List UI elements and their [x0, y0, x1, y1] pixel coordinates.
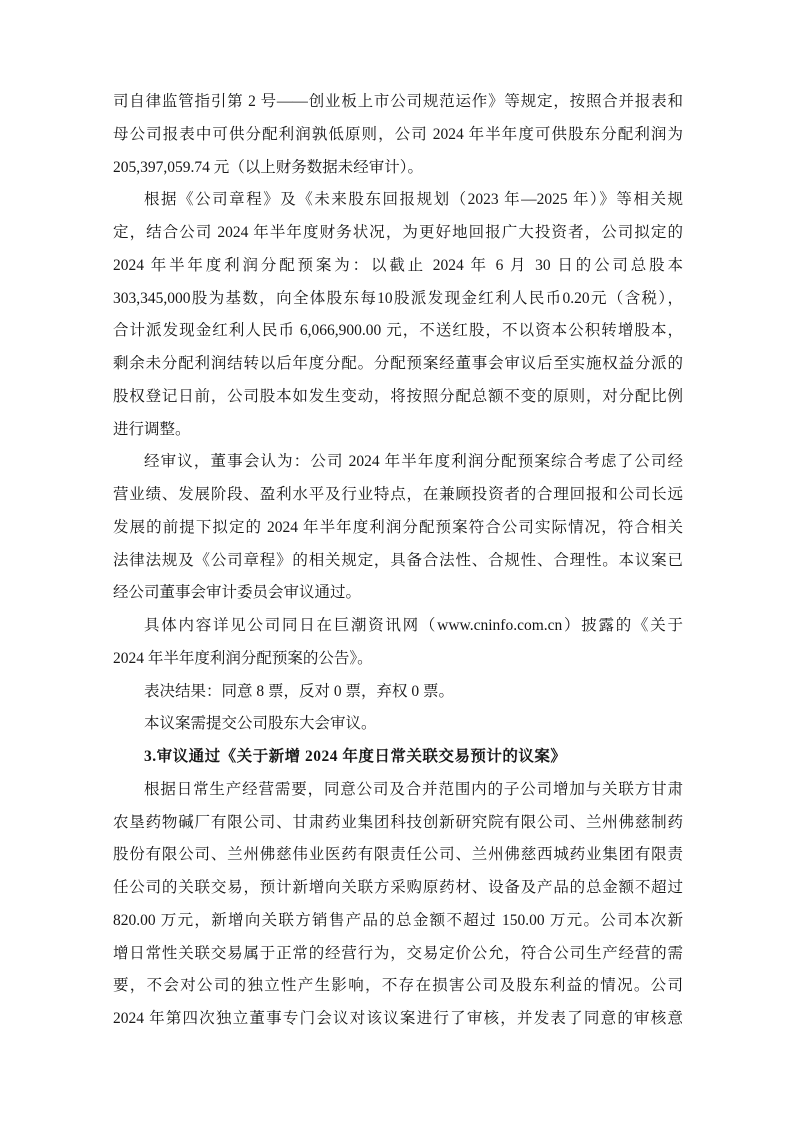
- paragraph-board-opinion: 经审议，董事会认为：公司 2024 年半年度利润分配预案综合考虑了公司经 营业绩…: [113, 446, 683, 610]
- text-line: 205,397,059.74 元（以上财务数据未经审计）。: [113, 152, 683, 185]
- text-line: 司自律监管指引第 2 号——创业板上市公司规范运作》等规定，按照合并报表和: [113, 86, 683, 119]
- paragraph-related-transactions: 根据日常生产经营需要，同意公司及合并范围内的子公司增加与关联方甘肃 农垦药物碱厂…: [113, 774, 683, 1036]
- heading-text-line: 3.审议通过《关于新增 2024 年度日常关联交易预计的议案》: [113, 741, 683, 774]
- text-line: 要，不会对公司的独立性产生影响，不存在损害公司及股东利益的情况。公司: [113, 970, 683, 1003]
- text-line: 剩余未分配利润结转以后年度分配。分配预案经董事会审议后至实施权益分派的: [113, 348, 683, 381]
- paragraph-profit-available: 司自律监管指引第 2 号——创业板上市公司规范运作》等规定，按照合并报表和 母公…: [113, 86, 683, 184]
- text-line: 增日常性关联交易属于正常的经营行为，交易定价公允，符合公司生产经营的需: [113, 938, 683, 971]
- paragraph-distribution-plan: 根据《公司章程》及《未来股东回报规划（2023 年—2025 年）》等相关规 定…: [113, 184, 683, 446]
- text-line: 任公司的关联交易，预计新增向关联方采购原药材、设备及产品的总金额不超过: [113, 872, 683, 905]
- paragraph-disclosure-reference: 具体内容详见公司同日在巨潮资讯网（www.cninfo.com.cn）披露的《关…: [113, 610, 683, 676]
- paragraph-shareholder-meeting-note: 本议案需提交公司股东大会审议。: [113, 708, 683, 741]
- text-line: 母公司报表中可供分配利润孰低原则，公司 2024 年半年度可供股东分配利润为: [113, 119, 683, 152]
- text-line: 经公司董事会审计委员会审议通过。: [113, 577, 683, 610]
- text-line: 根据《公司章程》及《未来股东回报规划（2023 年—2025 年）》等相关规: [113, 184, 683, 217]
- heading-item-3: 3.审议通过《关于新增 2024 年度日常关联交易预计的议案》: [113, 741, 683, 774]
- text-line: 经审议，董事会认为：公司 2024 年半年度利润分配预案综合考虑了公司经: [113, 446, 683, 479]
- text-line: 农垦药物碱厂有限公司、甘肃药业集团科技创新研究院有限公司、兰州佛慈制药: [113, 807, 683, 840]
- text-line: 股份有限公司、兰州佛慈伟业医药有限责任公司、兰州佛慈西城药业集团有限责: [113, 839, 683, 872]
- text-line: 具体内容详见公司同日在巨潮资讯网（www.cninfo.com.cn）披露的《关…: [113, 610, 683, 643]
- text-line: 股权登记日前，公司股本如发生变动，将按照分配总额不变的原则，对分配比例: [113, 381, 683, 414]
- text-line: 发展的前提下拟定的 2024 年半年度利润分配预案符合公司实际情况，符合相关: [113, 512, 683, 545]
- text-line: 合计派发现金红利人民币 6,066,900.00 元，不送红股，不以资本公积转增…: [113, 315, 683, 348]
- text-line: 表决结果：同意 8 票，反对 0 票，弃权 0 票。: [113, 676, 683, 709]
- text-line: 本议案需提交公司股东大会审议。: [113, 708, 683, 741]
- text-line: 营业绩、发展阶段、盈利水平及行业特点，在兼顾投资者的合理回报和公司长远: [113, 479, 683, 512]
- text-line: 820.00 万元，新增向关联方销售产品的总金额不超过 150.00 万元。公司…: [113, 905, 683, 938]
- document-page: 司自律监管指引第 2 号——创业板上市公司规范运作》等规定，按照合并报表和 母公…: [113, 86, 683, 1036]
- text-line: 进行调整。: [113, 414, 683, 447]
- text-line: 2024 年第四次独立董事专门会议对该议案进行了审核，并发表了同意的审核意: [113, 1003, 683, 1036]
- text-line: 法律法规及《公司章程》的相关规定，具备合法性、合规性、合理性。本议案已: [113, 545, 683, 578]
- text-line: 303,345,000股为基数，向全体股东每10股派发现金红利人民币0.20元（…: [113, 283, 683, 316]
- text-line: 定，结合公司 2024 年半年度财务状况，为更好地回报广大投资者，公司拟定的: [113, 217, 683, 250]
- text-line: 根据日常生产经营需要，同意公司及合并范围内的子公司增加与关联方甘肃: [113, 774, 683, 807]
- text-line: 2024 年半年度利润分配预案为：以截止 2024 年 6 月 30 日的公司总…: [113, 250, 683, 283]
- paragraph-vote-result: 表决结果：同意 8 票，反对 0 票，弃权 0 票。: [113, 676, 683, 709]
- text-line: 2024 年半年度利润分配预案的公告》。: [113, 643, 683, 676]
